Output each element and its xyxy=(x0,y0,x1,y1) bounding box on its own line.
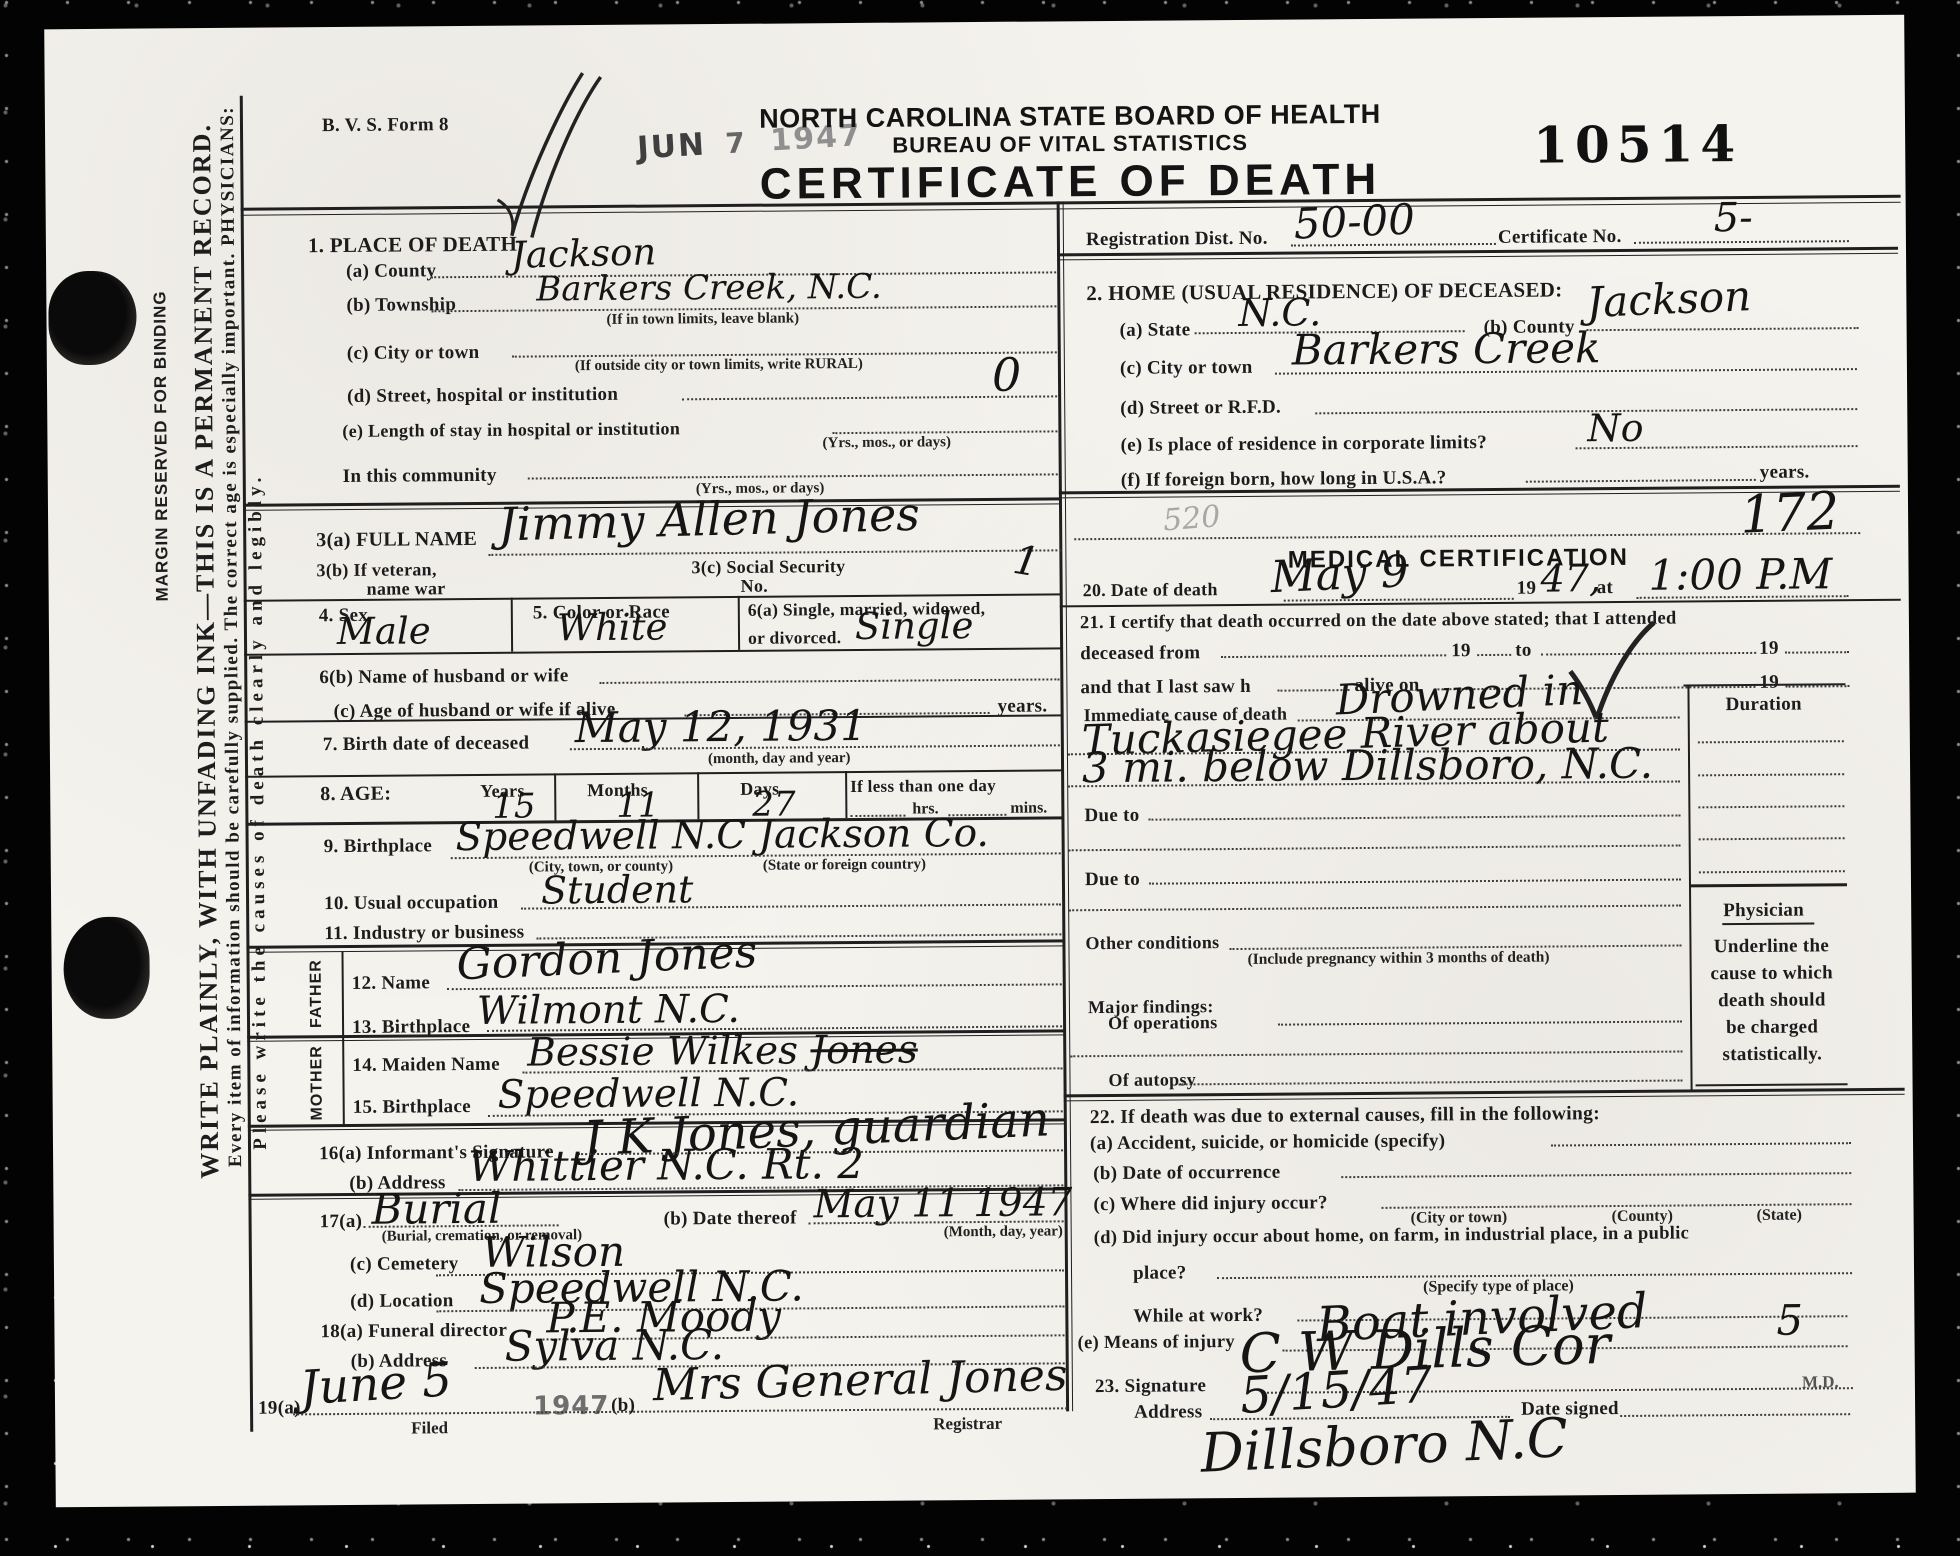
mother-name-entry: Bessie Wilkes Jones xyxy=(527,1030,918,1072)
fill-line xyxy=(1699,870,1845,873)
sex-entry: Male xyxy=(337,612,431,650)
burial-label: 17(a) xyxy=(320,1211,363,1233)
last-saw-label: and that I last saw h xyxy=(1080,676,1251,699)
filed-label: 19(a) xyxy=(258,1397,301,1419)
margin-note-binding: MARGIN RESERVED FOR BINDING xyxy=(150,290,172,601)
fill-line xyxy=(599,678,1059,684)
father-birthplace-entry: Wilmont N.C. xyxy=(477,990,740,1031)
birthplace-note2: (State or foreign country) xyxy=(763,856,926,874)
fill-line xyxy=(1221,654,1446,658)
home-state-label: (a) State xyxy=(1120,319,1191,342)
fill-line xyxy=(1149,878,1681,884)
fill-line xyxy=(1698,773,1844,776)
registration-dist-label: Registration Dist. No. xyxy=(1086,228,1268,251)
to-label: to xyxy=(1515,640,1532,662)
home-street-label: (d) Street or R.F.D. xyxy=(1120,397,1281,420)
fill-line xyxy=(1148,815,1680,821)
funeral-director-label: 18(a) Funeral director xyxy=(320,1320,507,1343)
township-entry: Barkers Creek, N.C. xyxy=(536,270,882,307)
underline-note-3: death should xyxy=(1692,989,1852,1012)
fill-line xyxy=(528,473,1058,479)
ssn-label2: No. xyxy=(741,576,769,597)
cell-divider xyxy=(697,772,699,819)
fill-line xyxy=(1699,837,1845,840)
occupation-entry: Student xyxy=(541,870,694,909)
mother-name-struck: Jones xyxy=(810,1027,918,1073)
filed-caption: Filed xyxy=(411,1418,448,1438)
fill-line xyxy=(1278,1020,1682,1025)
father-name-entry: Gordon Jones xyxy=(456,931,758,988)
birthdate-note: (month, day and year) xyxy=(708,750,851,768)
accident-label: (a) Accident, suicide, or homicide (spec… xyxy=(1090,1130,1446,1155)
injury-state-note: (State) xyxy=(1757,1207,1802,1225)
certificate-no-label: Certificate No. xyxy=(1498,226,1622,249)
underline-note-1: Underline the xyxy=(1691,935,1851,958)
race-entry: White xyxy=(557,608,668,646)
mother-group-label: MOTHER xyxy=(308,1045,327,1120)
attended-from-label: deceased from xyxy=(1080,642,1200,665)
at-label: at xyxy=(1597,577,1614,599)
physician-underline xyxy=(1722,922,1814,924)
fill-line xyxy=(1526,479,1756,483)
fill-line xyxy=(1620,1413,1850,1417)
stay-note: (Yrs., mos., or days) xyxy=(822,434,951,452)
external-causes-heading: 22. If death was due to external causes,… xyxy=(1090,1103,1600,1129)
physician-header: Physician xyxy=(1723,900,1804,923)
due-to-label: Due to xyxy=(1085,869,1140,891)
less-than-day-label: If less than one day xyxy=(850,776,996,797)
foreign-years-suffix: years. xyxy=(1760,461,1810,483)
printed-19: 19 xyxy=(1759,638,1779,660)
fill-line xyxy=(1291,243,1496,247)
spouse-label: 6(b) Name of husband or wife xyxy=(319,665,568,689)
cemetery-label: (c) Cemetery xyxy=(350,1253,459,1276)
means-of-injury-label: (e) Means of injury xyxy=(1077,1332,1234,1354)
fill-line xyxy=(1477,654,1511,656)
father-group-label: FATHER xyxy=(308,959,327,1028)
stay-label: (e) Length of stay in hospital or instit… xyxy=(342,418,680,442)
fill-line xyxy=(1551,1142,1851,1146)
home-city-entry: Barkers Creek xyxy=(1292,327,1601,371)
date-of-death-entry: May 9 xyxy=(1270,550,1410,600)
physician-place-entry: Dillsboro N.C xyxy=(1199,1411,1569,1481)
death-time-entry: 1:00 P.M xyxy=(1648,553,1832,596)
street-entry: 0 xyxy=(992,352,1022,398)
fill-line xyxy=(1698,740,1844,743)
fill-line xyxy=(1070,1050,1682,1057)
home-heading: 2. HOME (USUAL RESIDENCE) OF DECEASED: xyxy=(1086,277,1562,306)
physician-box-bottom xyxy=(1696,1083,1848,1086)
injury-place-label2: place? xyxy=(1133,1262,1187,1284)
underline-note-2: cause to which xyxy=(1692,962,1852,985)
printed-19: 19 xyxy=(1451,640,1471,662)
birthdate-label: 7. Birth date of deceased xyxy=(323,733,530,757)
mother-birthplace-label: 15. Birthplace xyxy=(353,1096,471,1119)
ink-blob xyxy=(63,917,150,1020)
physician-signature-label: 23. Signature xyxy=(1095,1375,1206,1398)
registrar-signature-entry: Mrs General Jones xyxy=(652,1354,1068,1408)
means-extra-entry: 5 xyxy=(1776,1300,1803,1342)
form-number: B. V. S. Form 8 xyxy=(322,114,449,137)
underline-note-5: statistically. xyxy=(1692,1043,1852,1066)
full-name-label: 3(a) FULL NAME xyxy=(316,528,477,552)
city-label: (c) City or town xyxy=(347,342,480,365)
community-label: In this community xyxy=(343,465,497,488)
duration-header: Duration xyxy=(1725,694,1801,717)
birthplace-entry: Speedwell N.C Jackson Co. xyxy=(455,814,989,857)
fill-line xyxy=(1179,1079,1683,1085)
informant-address-entry: Whittier N.C. Rt. 2 xyxy=(468,1143,864,1188)
scanned-death-certificate: MARGIN RESERVED FOR BINDING WRITE PLAINL… xyxy=(0,0,1960,1556)
fill-line xyxy=(488,549,1061,556)
other-conditions-label: Other conditions xyxy=(1085,932,1219,954)
ssn-entry: 1 xyxy=(1010,540,1042,584)
fill-line xyxy=(1341,1172,1851,1178)
other-conditions-note: (Include pregnancy within 3 months of de… xyxy=(1247,949,1549,969)
county-label: (a) County xyxy=(346,260,436,283)
registration-dist-entry: 50-00 xyxy=(1293,198,1416,245)
township-label: (b) Township xyxy=(346,294,456,317)
fill-line xyxy=(1069,904,1681,911)
full-name-entry: Jimmy Allen Jones xyxy=(498,491,921,548)
of-autopsy-label: Of autopsy xyxy=(1108,1069,1196,1091)
ssn-label: 3(c) Social Security xyxy=(691,556,845,578)
physician-address-label: Address xyxy=(1134,1401,1202,1424)
ink-blob xyxy=(48,271,137,366)
date-signed-entry: 5/15/47 xyxy=(1239,1359,1434,1421)
due-to-label: Due to xyxy=(1084,805,1139,827)
mother-name-label: 14. Maiden Name xyxy=(352,1054,500,1077)
certificate-paper: MARGIN RESERVED FOR BINDING WRITE PLAINL… xyxy=(44,15,1916,1508)
filed-date-entry: June 5 xyxy=(299,1356,454,1412)
age-label: 8. AGE: xyxy=(320,783,391,807)
burial-date-label: (b) Date thereof xyxy=(664,1207,797,1230)
marital-label2: or divorced. xyxy=(748,627,842,649)
street-label: (d) Street, hospital or institution xyxy=(347,384,618,408)
physician-box-top xyxy=(1689,883,1847,887)
corporate-limits-entry: No xyxy=(1587,409,1643,447)
filed-year-stamp: 1947 xyxy=(533,1391,610,1422)
veteran-label2: name war xyxy=(367,578,446,600)
marital-entry: Single xyxy=(855,607,974,645)
group-divider xyxy=(341,951,344,1125)
fill-line xyxy=(1284,598,1514,602)
cell-divider xyxy=(511,598,513,652)
injury-where-label: (c) Where did injury occur? xyxy=(1093,1192,1327,1216)
place-of-death-heading: 1. PLACE OF DEATH: xyxy=(308,232,525,259)
birthdate-entry: May 12, 1931 xyxy=(575,705,867,749)
fill-line xyxy=(1785,651,1849,654)
death-year-entry: 47, xyxy=(1540,559,1601,597)
check-mark xyxy=(483,65,624,246)
burial-date-entry: May 11 1947 xyxy=(813,1183,1072,1224)
printed-19: 19 xyxy=(1517,578,1537,600)
fill-line xyxy=(1069,844,1681,851)
underline-note-4: be charged xyxy=(1692,1016,1852,1039)
home-county-entry: Jackson xyxy=(1586,275,1752,324)
mins-label: mins. xyxy=(1010,799,1047,817)
pencil-number: 520 xyxy=(1162,502,1221,536)
fill-line xyxy=(1587,327,1859,331)
township-note: (If in town limits, leave blank) xyxy=(606,310,799,329)
registrar-caption: Registrar xyxy=(933,1414,1002,1435)
birthplace-label: 9. Birthplace xyxy=(324,835,433,858)
certificate-no-entry: 5- xyxy=(1714,198,1753,238)
occupation-label: 10. Usual occupation xyxy=(324,892,499,915)
fill-line xyxy=(1634,240,1849,244)
home-city-label: (c) City or town xyxy=(1120,357,1253,380)
fill-line xyxy=(1698,805,1844,808)
date-of-death-label: 20. Date of death xyxy=(1083,579,1218,601)
burial-date-note: (Month, day, year) xyxy=(944,1223,1063,1241)
city-note: (If outside city or town limits, write R… xyxy=(575,356,863,375)
serial-number: 10514 xyxy=(1533,114,1742,175)
cell-divider xyxy=(845,771,847,818)
mother-name-text: Bessie Wilkes xyxy=(527,1028,811,1075)
father-name-label: 12. Name xyxy=(352,972,431,995)
registrar-b-label: (b) xyxy=(611,1395,635,1417)
of-operations-label: Of operations xyxy=(1108,1012,1218,1034)
cell-divider xyxy=(554,773,556,820)
injury-place-label: (d) Did injury occur about home, on farm… xyxy=(1094,1223,1690,1249)
cell-divider xyxy=(738,596,740,650)
occurrence-date-label: (b) Date of occurrence xyxy=(1093,1162,1280,1185)
corporate-limits-label: (e) Is place of residence in corporate l… xyxy=(1120,432,1487,457)
